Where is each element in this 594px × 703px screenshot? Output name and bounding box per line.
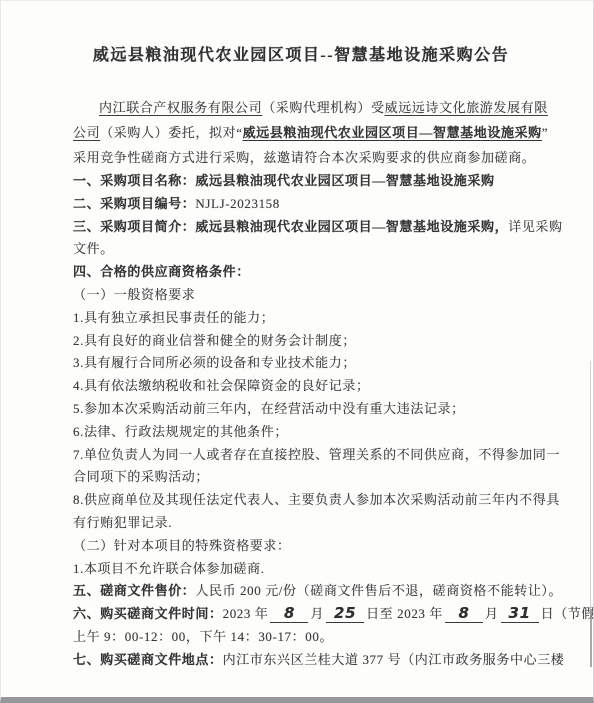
- text-segment: 内江市东兴区兰桂大道 377 号（内江市政务服务中心三楼: [223, 652, 565, 667]
- text-segment: 六、购买磋商文件时间：: [73, 606, 223, 621]
- text-segment: 4.具有依法缴纳税收和社会保障资金的良好记录；: [73, 378, 370, 393]
- text-segment: 人民币 200 元/份（磋商文件售后不退，磋商资格不能转让）。: [195, 583, 562, 598]
- text-segment: 三、采购项目简介：: [73, 219, 195, 234]
- text-segment: 四、合格的供应商资格条件：: [73, 264, 250, 279]
- text-segment: （采购人）委托，拟对“: [100, 125, 242, 140]
- subsection-general-requirements: （一）一般资格要求: [73, 284, 541, 307]
- handwritten-value: 31: [501, 606, 539, 623]
- section-5-document-price: 五、磋商文件售价：人民币 200 元/份（磋商文件售后不退，磋商资格不能转让）。: [73, 580, 541, 603]
- section-2-project-number: 二、采购项目编号：NJLJ-2023158: [73, 193, 541, 216]
- text-segment: 8.供应商单位及其现任法定代表人、主要负责人参加本次采购活动前三年内不得具: [73, 492, 560, 507]
- scan-edge-faint-line: [590, 361, 591, 611]
- text-segment: 2.具有良好的商业信誉和健全的财务会计制度；: [73, 333, 356, 348]
- requirement-6: 6.法律、行政法规规定的其他条件；: [73, 421, 541, 444]
- scanned-document-page: 威远县粮油现代农业园区项目--智慧基地设施采购公告 内江联合产权服务有限公司（采…: [0, 0, 594, 703]
- subsection-special-requirements: （二）针对本项目的特殊资格要求：: [73, 535, 541, 558]
- text-segment: 1.具有独立承担民事责任的能力；: [73, 310, 274, 325]
- handwritten-value: 8: [270, 606, 308, 623]
- section-6-purchase-time: 六、购买磋商文件时间：2023 年8月25日至 2023 年8月31日（节假日除…: [73, 603, 541, 626]
- text-segment: 一、采购项目名称：: [73, 173, 195, 188]
- text-segment: 威远远诗文化旅游发展有限: [385, 100, 548, 115]
- text-segment: NJLJ-2023158: [195, 196, 279, 211]
- requirement-2: 2.具有良好的商业信誉和健全的财务会计制度；: [73, 330, 541, 353]
- text-segment: 7.单位负责人为同一人或者存在直接控股、管理关系的不同供应商，不得参加同一: [73, 447, 560, 462]
- intro-paragraph: 内江联合产权服务有限公司（采购代理机构）受威远远诗文化旅游发展有限公司（采购人）…: [73, 95, 541, 170]
- requirement-7-continuation: 合同项下的采购活动；: [73, 466, 541, 489]
- special-requirement-1: 1.本项目不允许联合体参加磋商.: [73, 558, 541, 581]
- text-segment: 月: [310, 606, 324, 621]
- requirement-5: 5.参加本次采购活动前三年内，在经营活动中没有重大违法记录；: [73, 398, 541, 421]
- requirement-1: 1.具有独立承担民事责任的能力；: [73, 307, 541, 330]
- text-segment: 内江联合产权服务有限公司: [99, 100, 262, 115]
- scan-edge-mark: [590, 609, 592, 667]
- intro-line-1: 内江联合产权服务有限公司（采购代理机构）受威远远诗文化旅游发展有限: [73, 95, 541, 120]
- requirement-3: 3.具有履行合同所必须的设备和专业技术能力；: [73, 352, 541, 375]
- section-7-purchase-location: 七、购买磋商文件地点：内江市东兴区兰桂大道 377 号（内江市政务服务中心三楼: [73, 649, 541, 672]
- handwritten-value: 25: [326, 606, 364, 623]
- text-segment: 公司: [73, 125, 100, 140]
- section-3-continuation: 文件。: [73, 238, 541, 261]
- text-segment: 七、购买磋商文件地点：: [73, 652, 223, 667]
- text-segment: 1.本项目不允许联合体参加磋商.: [73, 561, 265, 576]
- intro-line-2: 公司（采购人）委托，拟对“威远县粮油现代农业园区项目—智慧基地设施采购”: [73, 120, 541, 145]
- document-body: 一、采购项目名称：威远县粮油现代农业园区项目—智慧基地设施采购二、采购项目编号：…: [73, 170, 541, 672]
- requirement-8-continuation: 有行贿犯罪记录.: [73, 512, 541, 535]
- text-segment: 二、采购项目编号：: [73, 196, 195, 211]
- section-3-project-brief: 三、采购项目简介：威远县粮油现代农业园区项目—智慧基地设施采购，详见采购: [73, 216, 541, 239]
- handwritten-value: 8: [445, 606, 483, 623]
- text-segment: 五、磋商文件售价：: [73, 583, 195, 598]
- section-4-qualification: 四、合格的供应商资格条件：: [73, 261, 541, 284]
- requirement-7: 7.单位负责人为同一人或者存在直接控股、管理关系的不同供应商，不得参加同一: [73, 444, 541, 467]
- text-segment: 详见采购: [508, 219, 562, 234]
- text-segment: 5.参加本次采购活动前三年内，在经营活动中没有重大违法记录；: [73, 401, 465, 416]
- text-segment: ”: [542, 125, 548, 140]
- text-segment: 采用竞争性磋商方式进行采购，兹邀请符合本次采购要求的供应商参加磋商。: [73, 150, 535, 165]
- document-content: 威远县粮油现代农业园区项目--智慧基地设施采购公告 内江联合产权服务有限公司（采…: [1, 1, 593, 672]
- intro-line-3: 采用竞争性磋商方式进行采购，兹邀请符合本次采购要求的供应商参加磋商。: [73, 145, 541, 170]
- text-segment: 威远县粮油现代农业园区项目—智慧基地设施采购: [195, 173, 494, 188]
- text-segment: 2023 年: [223, 606, 269, 621]
- text-segment: 上午 9：00-12：00，下午 14：30-17：00。: [73, 629, 333, 644]
- text-segment: 日（节假日除外），: [541, 606, 594, 621]
- document-title: 威远县粮油现代农业园区项目--智慧基地设施采购公告: [61, 43, 541, 69]
- text-segment: （一）一般资格要求: [73, 287, 195, 302]
- section-1-project-name: 一、采购项目名称：威远县粮油现代农业园区项目—智慧基地设施采购: [73, 170, 541, 193]
- text-segment: 威远县粮油现代农业园区项目—智慧基地设施采购: [243, 125, 542, 140]
- text-segment: 合同项下的采购活动；: [73, 469, 209, 484]
- text-segment: 日至 2023 年: [366, 606, 443, 621]
- text-segment: 月: [485, 606, 499, 621]
- text-segment: 有行贿犯罪记录.: [73, 515, 172, 530]
- requirement-8: 8.供应商单位及其现任法定代表人、主要负责人参加本次采购活动前三年内不得具: [73, 489, 541, 512]
- text-segment: （二）针对本项目的特殊资格要求：: [73, 538, 291, 553]
- text-segment: （采购代理机构）受: [262, 100, 384, 115]
- text-segment: 威远县粮油现代农业园区项目—智慧基地设施采购，: [195, 219, 508, 234]
- text-segment: 6.法律、行政法规规定的其他条件；: [73, 424, 288, 439]
- requirement-4: 4.具有依法缴纳税收和社会保障资金的良好记录；: [73, 375, 541, 398]
- text-segment: 文件。: [73, 241, 114, 256]
- section-6-continuation: 上午 9：00-12：00，下午 14：30-17：00。: [73, 626, 541, 649]
- text-segment: 3.具有履行合同所必须的设备和专业技术能力；: [73, 355, 356, 370]
